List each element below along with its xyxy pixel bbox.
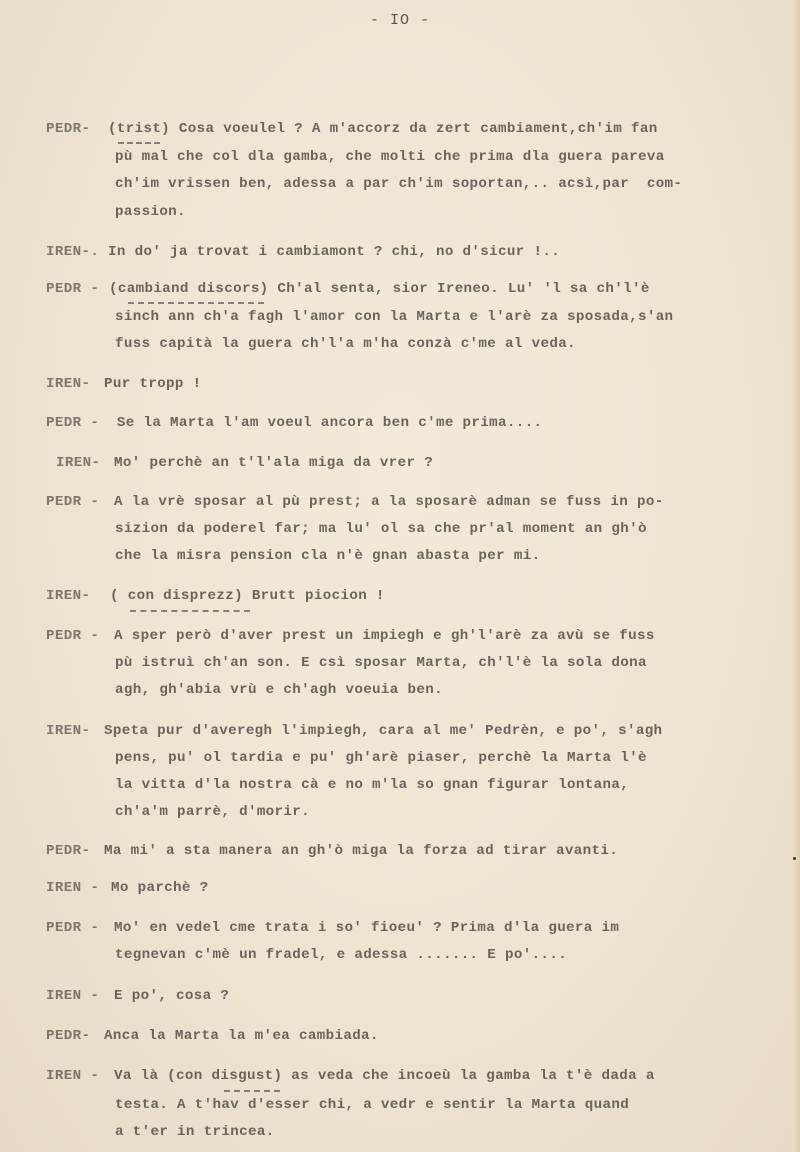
dialogue-line: A la vrè sposar al pù prest; a la sposar… <box>114 494 664 510</box>
speaker-label: IREN- <box>46 588 90 604</box>
dialogue-line: Speta pur d'averegh l'impiegh, cara al m… <box>104 723 662 739</box>
speaker-label: PEDR - <box>46 281 99 297</box>
speaker-label: PEDR- <box>46 843 90 859</box>
speaker-label: PEDR - <box>46 920 99 936</box>
stage-direction-underline <box>130 610 250 612</box>
dialogue-line: fuss capità la guera ch'l'a m'ha conzà c… <box>115 336 576 352</box>
speaker-label: PEDR - <box>46 628 99 644</box>
stage-direction-underline <box>128 302 264 304</box>
speaker-label: IREN-. <box>46 244 99 260</box>
dialogue-line: tegnevan c'mè un fradel, e adessa ......… <box>115 947 567 963</box>
speaker-label: IREN - <box>46 1068 99 1084</box>
dialogue-line: Pur tropp ! <box>104 376 202 392</box>
dialogue-line: ch'a'm parrè, d'morir. <box>115 804 310 820</box>
dialogue-line: sinch ann ch'a fagh l'amor con la Marta … <box>115 309 673 325</box>
dialogue-line: testa. A t'hav d'esser chi, a vedr e sen… <box>115 1097 629 1113</box>
stage-direction-underline <box>224 1090 280 1092</box>
speaker-label: IREN- <box>46 376 90 392</box>
speaker-label: PEDR- <box>46 121 90 137</box>
dialogue-line: In do' ja trovat i cambiamont ? chi, no … <box>108 244 560 260</box>
dialogue-line: (trist) Cosa voeulel ? A m'accorz da zer… <box>108 121 658 137</box>
page-edge <box>792 0 800 1152</box>
dialogue-line: Se la Marta l'am voeul ancora ben c'me p… <box>108 415 542 431</box>
dialogue-line: passion. <box>115 204 186 220</box>
speaker-label: PEDR - <box>46 415 99 431</box>
speaker-label: IREN- <box>56 455 100 471</box>
dialogue-line: pens, pu' ol tardia e pu' gh'arè piaser,… <box>115 750 647 766</box>
dialogue-line: E po', cosa ? <box>114 988 229 1004</box>
speaker-label: IREN - <box>46 880 99 896</box>
dialogue-line: Mo parchè ? <box>111 880 209 896</box>
speaker-label: IREN - <box>46 988 99 1004</box>
dialogue-line: agh, gh'abia vrù e ch'agh voeuia ben. <box>115 682 443 698</box>
dialogue-line: ( con disprezz) Brutt piocion ! <box>110 588 385 604</box>
speaker-label: PEDR - <box>46 494 99 510</box>
dialogue-line: ch'im vrissen ben, adessa a par ch'im so… <box>115 176 682 192</box>
stage-direction-underline <box>118 142 160 144</box>
dialogue-line: pù mal che col dla gamba, che molti che … <box>115 149 665 165</box>
dialogue-line: Mo' en vedel cme trata i so' fioeu' ? Pr… <box>114 920 619 936</box>
typewritten-page <box>0 0 800 1152</box>
dialogue-line: a t'er in trincea. <box>115 1124 275 1140</box>
dialogue-line: Ma mi' a sta manera an gh'ò miga la forz… <box>104 843 618 859</box>
dialogue-line: Anca la Marta la m'ea cambiada. <box>104 1028 379 1044</box>
dialogue-line: Va là (con disgust) as veda che incoeù l… <box>114 1068 655 1084</box>
ink-speck <box>793 857 796 860</box>
dialogue-line: la vitta d'la nostra cà e no m'la so gna… <box>115 777 629 793</box>
dialogue-line: (cambiand discors) Ch'al senta, sior Ire… <box>109 281 650 297</box>
dialogue-line: che la misra pension cla n'è gnan abasta… <box>115 548 540 564</box>
dialogue-line: sizion da poderel far; ma lu' ol sa che … <box>115 521 647 537</box>
dialogue-line: A sper però d'aver prest un impiegh e gh… <box>114 628 655 644</box>
page-number: - IO - <box>0 12 800 29</box>
speaker-label: IREN- <box>46 723 90 739</box>
dialogue-line: Mo' perchè an t'l'ala miga da vrer ? <box>114 455 433 471</box>
speaker-label: PEDR- <box>46 1028 90 1044</box>
dialogue-line: pù istruì ch'an son. E csì sposar Marta,… <box>115 655 647 671</box>
